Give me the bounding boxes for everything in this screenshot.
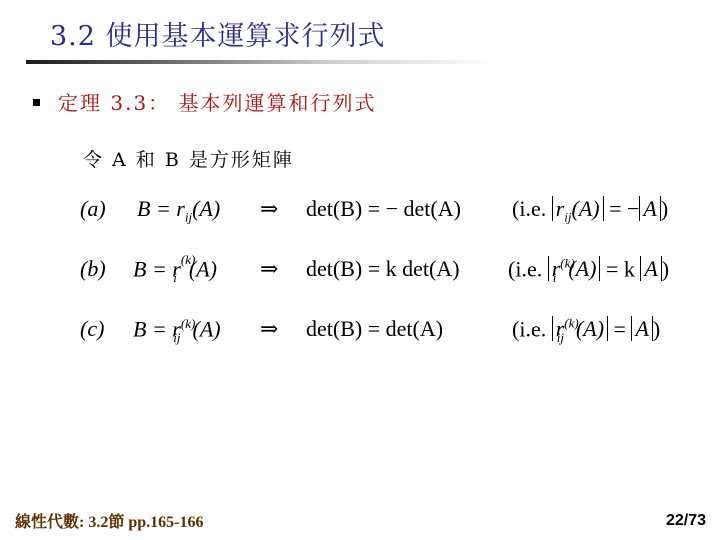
theorem-heading: 定理 3.3： 基本列運算和行列式 xyxy=(58,87,377,116)
ie-determinant: r(k)ij(A) xyxy=(552,316,608,341)
lhs-argument: (A) xyxy=(192,196,220,221)
ie-argument: (A) xyxy=(576,316,604,341)
implies-arrow: ⇒ xyxy=(260,196,278,222)
ie-r: r xyxy=(556,196,565,221)
ie-determinant: rij(A) xyxy=(552,196,604,221)
equation-row-a: (a) B = rij(A) ⇒ det(B) = − det(A) (i.e.… xyxy=(0,190,720,230)
implies-arrow: ⇒ xyxy=(260,256,278,282)
equation-ie: (i.e. rij(A) = −A) xyxy=(512,196,668,225)
ie-prefix: (i.e. xyxy=(512,316,546,341)
ie-subscript: ij xyxy=(557,330,564,345)
ie-abs-a: A xyxy=(640,256,661,281)
ie-prefix: (i.e. xyxy=(512,196,546,221)
footer-source: 線性代數: 3.2節 pp.165-166 xyxy=(15,509,203,532)
equation-ie: (i.e. r(k)i(A) = k A) xyxy=(508,256,669,286)
equation-label: (b) xyxy=(80,256,106,282)
equation-label: (a) xyxy=(80,196,106,222)
ie-determinant: r(k)i(A) xyxy=(548,256,601,281)
equation-rhs: det(B) = k det(A) xyxy=(306,256,460,282)
equation-row-c: (c) B = r(k)ij(A) ⇒ det(B) = det(A) (i.e… xyxy=(0,310,720,350)
ie-close: ) xyxy=(661,196,668,221)
ie-equals: = xyxy=(614,316,626,341)
title-divider xyxy=(26,60,496,64)
lhs-subscript: ij xyxy=(185,209,192,224)
ie-close: ) xyxy=(662,256,669,281)
ie-abs-a: A xyxy=(639,196,660,221)
equation-lhs: B = r(k)ij(A) xyxy=(133,316,221,346)
lhs-scripts: (k) xyxy=(181,256,195,282)
ie-prefix: (i.e. xyxy=(508,256,542,281)
lhs-subscript: i xyxy=(173,270,177,285)
intro-text: 令 A 和 B 是方形矩陣 xyxy=(83,145,294,172)
slide-title: 3.2 使用基本運算求行列式 xyxy=(50,14,386,53)
implies-arrow: ⇒ xyxy=(260,316,278,342)
ie-argument: (A) xyxy=(572,196,600,221)
equation-row-b: (b) B = r(k)i(A) ⇒ det(B) = k det(A) (i.… xyxy=(0,250,720,290)
ie-subscript: i xyxy=(553,270,557,285)
equation-rhs: det(B) = − det(A) xyxy=(306,196,461,222)
ie-argument: (A) xyxy=(568,256,596,281)
lhs-superscript: (k) xyxy=(181,252,195,267)
ie-equals: = − xyxy=(609,196,639,221)
ie-abs-a: A xyxy=(631,316,652,341)
lhs-argument: (A) xyxy=(193,316,221,341)
bullet-icon xyxy=(33,99,40,106)
equation-ie: (i.e. r(k)ij(A) = A) xyxy=(512,316,660,346)
page-number: 22/73 xyxy=(666,512,706,530)
lhs-prefix: B = r xyxy=(137,196,185,221)
lhs-subscript: ij xyxy=(173,330,180,345)
equation-lhs: B = r(k)i(A) xyxy=(133,256,217,286)
ie-subscript: ij xyxy=(564,209,571,224)
equation-rhs: det(B) = det(A) xyxy=(306,316,443,342)
equation-lhs: B = rij(A) xyxy=(137,196,220,225)
equation-label: (c) xyxy=(80,316,104,342)
ie-close: ) xyxy=(653,316,660,341)
ie-equals: = k xyxy=(606,256,635,281)
